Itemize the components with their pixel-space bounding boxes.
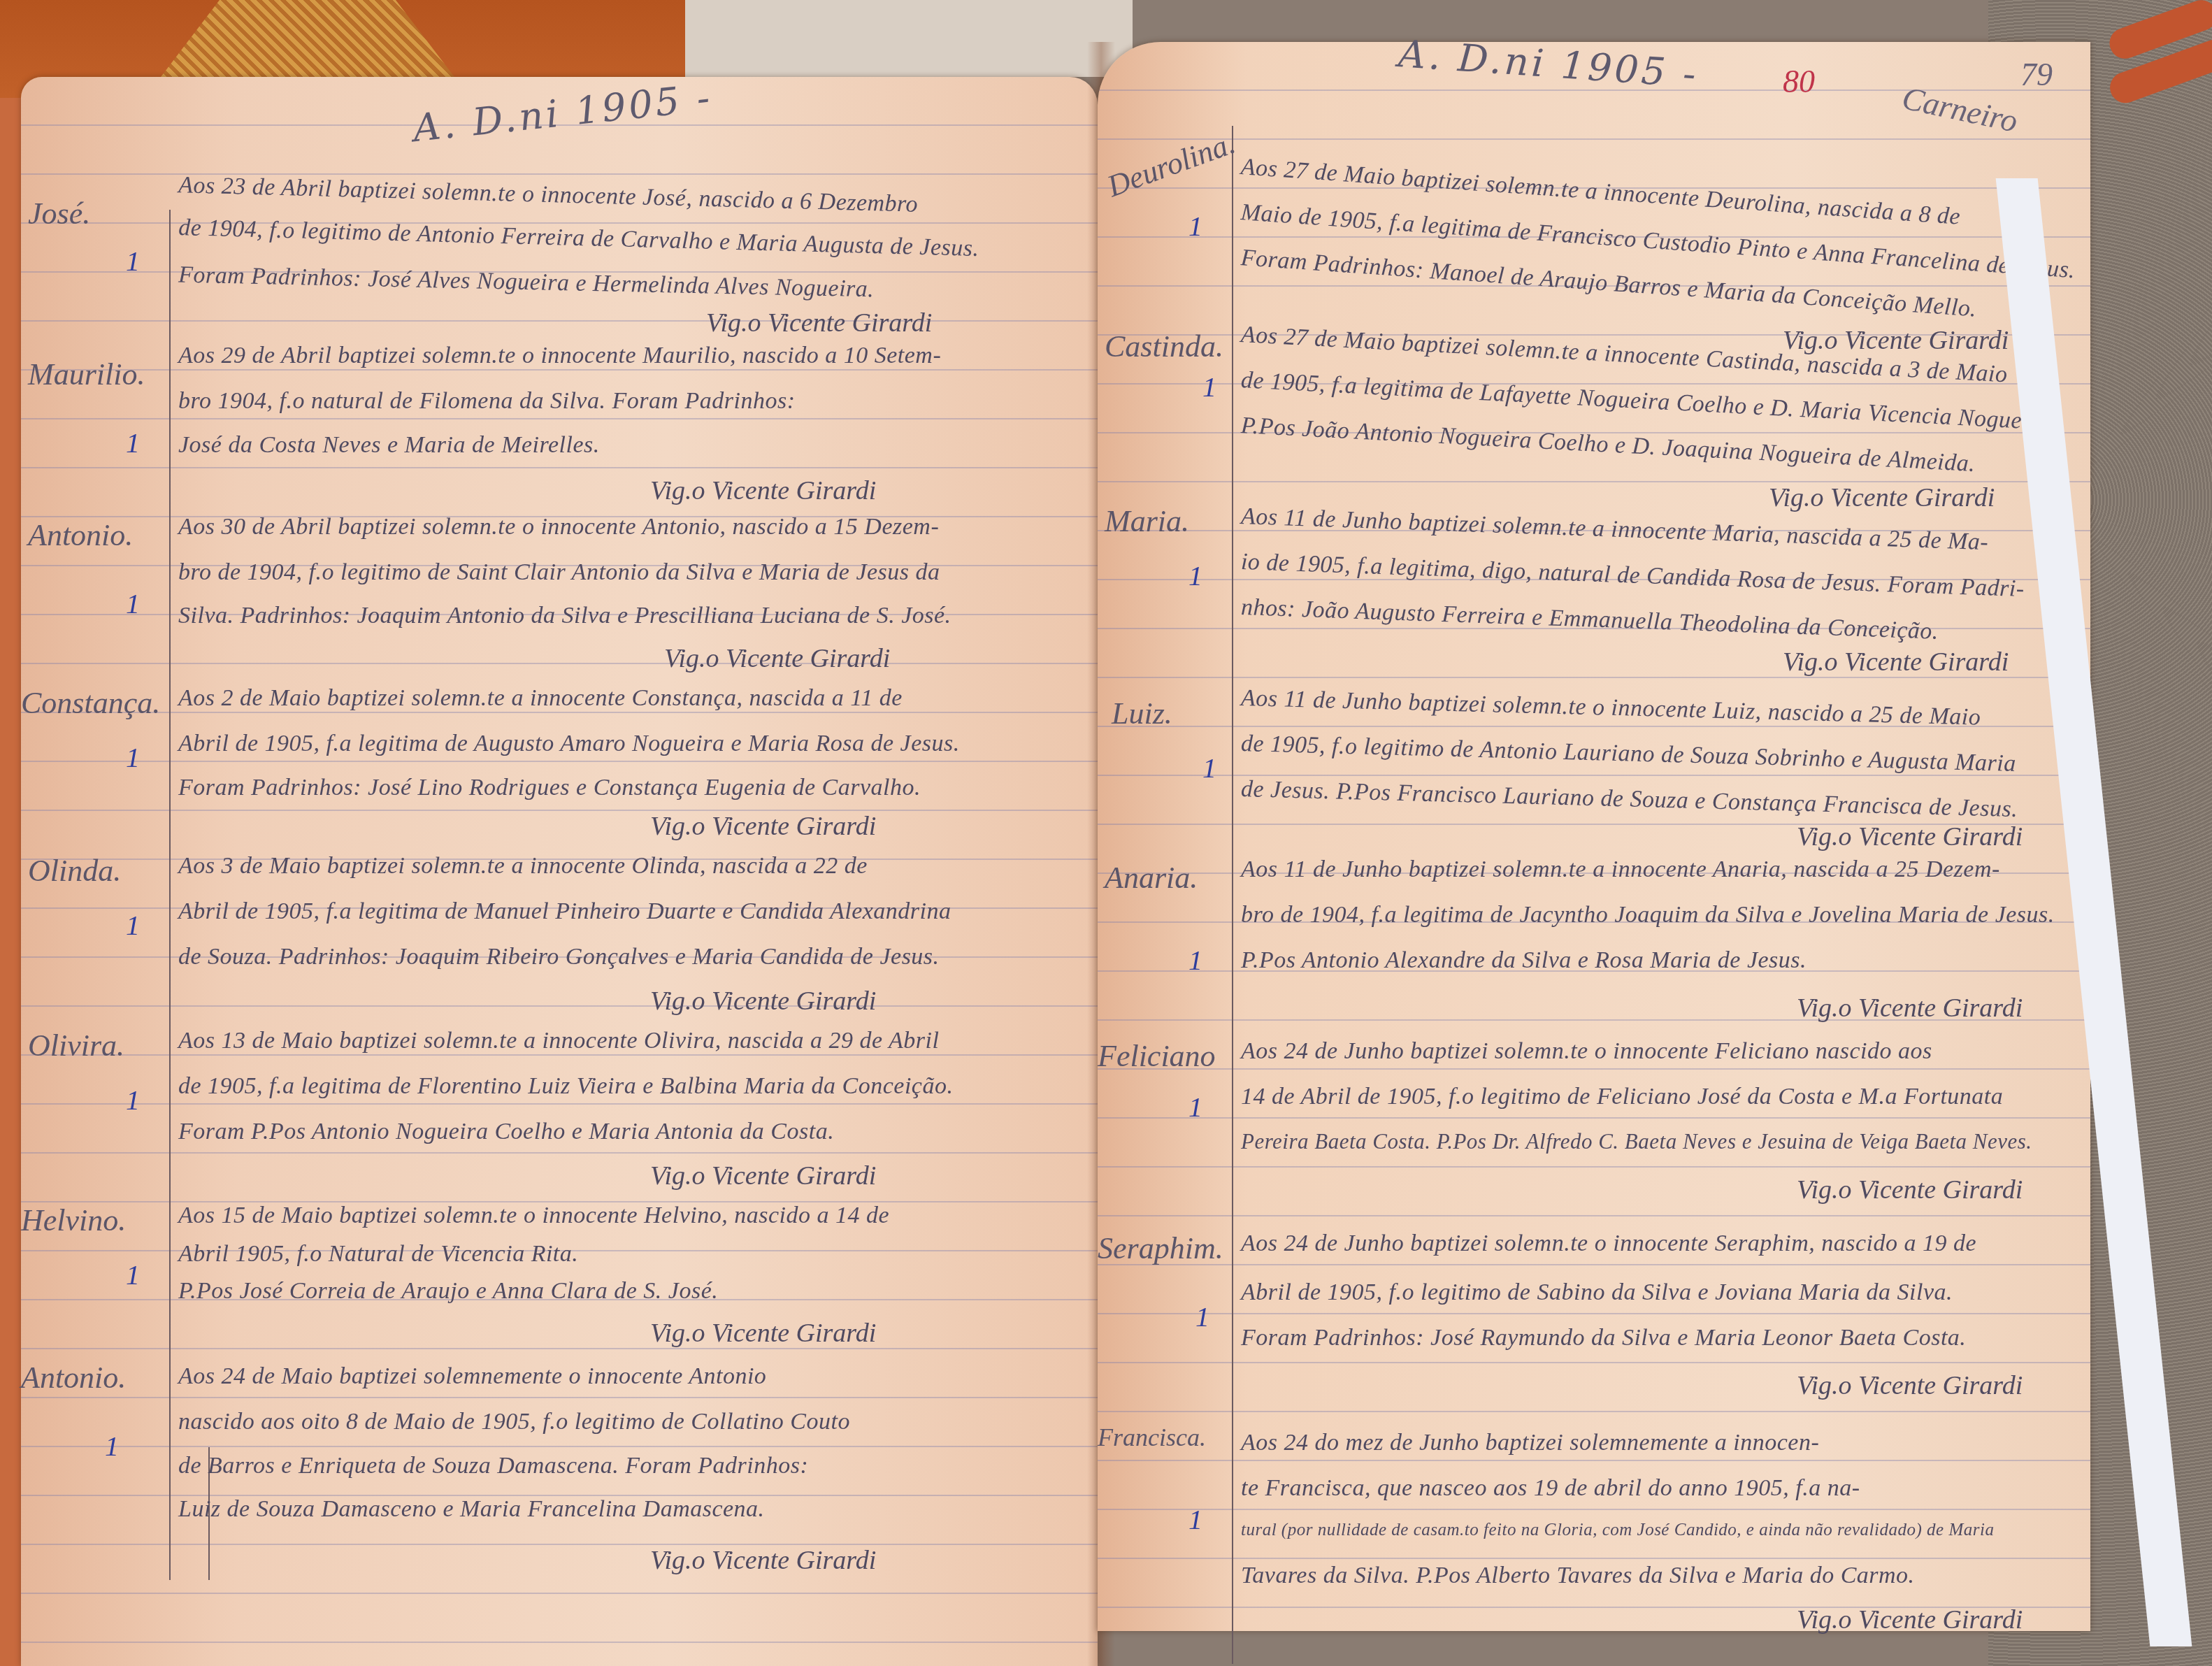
count-mark: 1 xyxy=(126,587,140,620)
baptized-name: Constança. xyxy=(21,685,160,721)
entry-text-line: Abril 1905, f.o Natural de Vicencia Rita… xyxy=(178,1241,578,1268)
baptized-name: Seraphim. xyxy=(1098,1230,1223,1266)
entry-text-line: P.Pos Antonio Alexandre da Silva e Rosa … xyxy=(1241,947,1807,974)
priest-signature: Vig.o Vicente Girardi xyxy=(1783,647,2009,677)
count-mark: 1 xyxy=(105,1430,119,1463)
entry-text-line: Aos 24 de Junho baptizei solemn.te o inn… xyxy=(1241,1038,1932,1065)
count-mark: 1 xyxy=(126,1084,140,1116)
entry-text-line: Foram Padrinhos: José Raymundo da Silva … xyxy=(1241,1325,1966,1351)
priest-signature: Vig.o Vicente Girardi xyxy=(664,643,890,674)
entry-text-line: 14 de Abril de 1905, f.o legitimo de Fel… xyxy=(1241,1084,2003,1110)
count-mark: 1 xyxy=(1202,371,1216,403)
entry-text-line: bro 1904, f.o natural de Filomena da Sil… xyxy=(178,388,795,415)
entry-text-line: Silva. Padrinhos: Joaquim Antonio da Sil… xyxy=(178,603,951,629)
priest-signature: Vig.o Vicente Girardi xyxy=(1797,1604,2023,1635)
baptized-name: Castinda. xyxy=(1105,329,1223,364)
entry-text-line: bro de 1904, f.o legitimo de Saint Clair… xyxy=(178,559,940,586)
count-mark: 1 xyxy=(1188,1503,1202,1536)
count-mark: 1 xyxy=(126,426,140,459)
cloth-background xyxy=(685,0,1133,77)
entry-text-line: Aos 11 de Junho baptizei solemn.te a inn… xyxy=(1241,856,2000,883)
left-page: A. D.ni 1905 - José. 1 Aos 23 de Abril b… xyxy=(21,77,1098,1666)
folio-number-pencil: 79 xyxy=(2020,56,2053,93)
priest-signature: Vig.o Vicente Girardi xyxy=(650,811,876,842)
entry-text-line: Aos 24 de Maio baptizei solemnemente o i… xyxy=(178,1363,766,1390)
baptized-name: Maria. xyxy=(1105,503,1189,539)
priest-signature: Vig.o Vicente Girardi xyxy=(1797,1370,2023,1401)
entry-text-line: Abril de 1905, f.o legitimo de Sabino da… xyxy=(1241,1279,1953,1306)
count-mark: 1 xyxy=(1195,1300,1209,1333)
priest-signature: Vig.o Vicente Girardi xyxy=(1769,482,1995,513)
baptized-name: Antonio. xyxy=(28,517,133,553)
priest-signature: Vig.o Vicente Girardi xyxy=(650,475,876,506)
count-mark: 1 xyxy=(1188,210,1202,243)
priest-signature: Vig.o Vicente Girardi xyxy=(650,1545,876,1576)
margin-rule xyxy=(1232,126,1233,1664)
count-mark: 1 xyxy=(1202,752,1216,784)
entry-text-line: Tavares da Silva. P.Pos Alberto Tavares … xyxy=(1241,1563,1915,1589)
entry-text-line: Aos 30 de Abril baptizei solemn.te o inn… xyxy=(178,514,939,540)
book-binding-edge xyxy=(0,98,21,1666)
entry-text-line: P.Pos José Correia de Araujo e Anna Clar… xyxy=(178,1278,718,1305)
margin-rule xyxy=(169,210,171,1580)
count-mark: 1 xyxy=(1188,1091,1202,1123)
baptized-name: Anaria. xyxy=(1105,860,1198,896)
count-mark: 1 xyxy=(126,1258,140,1291)
baptized-name: Maurilio. xyxy=(28,357,145,392)
baptized-name: Olivira. xyxy=(28,1028,124,1063)
count-mark: 1 xyxy=(126,741,140,774)
entry-text-line: de 1905, f.a legitima de Florentino Luiz… xyxy=(178,1073,953,1100)
folio-number-red: 80 xyxy=(1783,63,1815,100)
baptized-name: Francisca. xyxy=(1098,1423,1206,1452)
baptized-name: Feliciano xyxy=(1098,1038,1216,1074)
baptized-name: Helvino. xyxy=(21,1202,126,1238)
entry-text-line: Foram P.Pos Antonio Nogueira Coelho e Ma… xyxy=(178,1119,834,1145)
entry-text-line: Luiz de Souza Damasceno e Maria Franceli… xyxy=(178,1496,765,1523)
entry-text-line: Pereira Baeta Costa. P.Pos Dr. Alfredo C… xyxy=(1241,1129,2032,1154)
count-mark: 1 xyxy=(1188,944,1202,977)
priest-signature: Vig.o Vicente Girardi xyxy=(706,308,932,338)
baptized-name: Olinda. xyxy=(28,853,121,889)
count-mark: 1 xyxy=(126,245,140,278)
entry-text-line: Aos 13 de Maio baptizei solemn.te a inno… xyxy=(178,1028,939,1054)
count-mark: 1 xyxy=(126,909,140,942)
entry-text-line: bro de 1904, f.a legitima de Jacyntho Jo… xyxy=(1241,902,2055,928)
priest-signature: Vig.o Vicente Girardi xyxy=(1797,993,2023,1024)
right-page: A. D.ni 1905 - 80 79 Carneiro Deurolina.… xyxy=(1098,42,2090,1631)
entry-text-line: de Barros e Enriqueta de Souza Damascena… xyxy=(178,1453,808,1479)
entry-text-line: Abril de 1905, f.a legitima de Augusto A… xyxy=(178,731,960,757)
entry-text-line: Aos 24 de Junho baptizei solemn.te o inn… xyxy=(1241,1230,1976,1257)
entry-text-line: Aos 3 de Maio baptizei solemn.te a innoc… xyxy=(178,853,868,879)
priest-signature: Vig.o Vicente Girardi xyxy=(650,1161,876,1191)
baptized-name: Luiz. xyxy=(1112,696,1172,731)
entry-text-line: tural (por nullidade de casam.to feito n… xyxy=(1241,1521,1994,1540)
priest-signature: Vig.o Vicente Girardi xyxy=(1797,821,2023,852)
entry-text-line: Foram Padrinhos: José Lino Rodrigues e C… xyxy=(178,775,921,801)
entry-text-line: Aos 24 do mez de Junho baptizei solemnem… xyxy=(1241,1430,1819,1456)
entry-text-line: te Francisca, que nasceo aos 19 de abril… xyxy=(1241,1475,1860,1502)
entry-text-line: nascido aos oito 8 de Maio de 1905, f.o … xyxy=(178,1409,850,1435)
entry-text-line: Aos 2 de Maio baptizei solemn.te a innoc… xyxy=(178,685,903,712)
priest-signature: Vig.o Vicente Girardi xyxy=(650,986,876,1017)
entry-text-line: Abril de 1905, f.a legitima de Manuel Pi… xyxy=(178,898,951,925)
baptized-name: Antonio. xyxy=(21,1360,126,1395)
entry-text-line: de Souza. Padrinhos: Joaquim Ribeiro Gon… xyxy=(178,944,940,970)
count-mark: 1 xyxy=(1188,559,1202,592)
baptized-name: José. xyxy=(28,196,90,231)
entry-text-line: José da Costa Neves e Maria de Meirelles… xyxy=(178,432,600,459)
entry-text-line: Aos 15 de Maio baptizei solemn.te o inno… xyxy=(178,1202,889,1229)
entry-text-line: Aos 29 de Abril baptizei solemn.te o inn… xyxy=(178,343,941,369)
priest-signature: Vig.o Vicente Girardi xyxy=(1797,1175,2023,1205)
priest-signature: Vig.o Vicente Girardi xyxy=(650,1318,876,1349)
